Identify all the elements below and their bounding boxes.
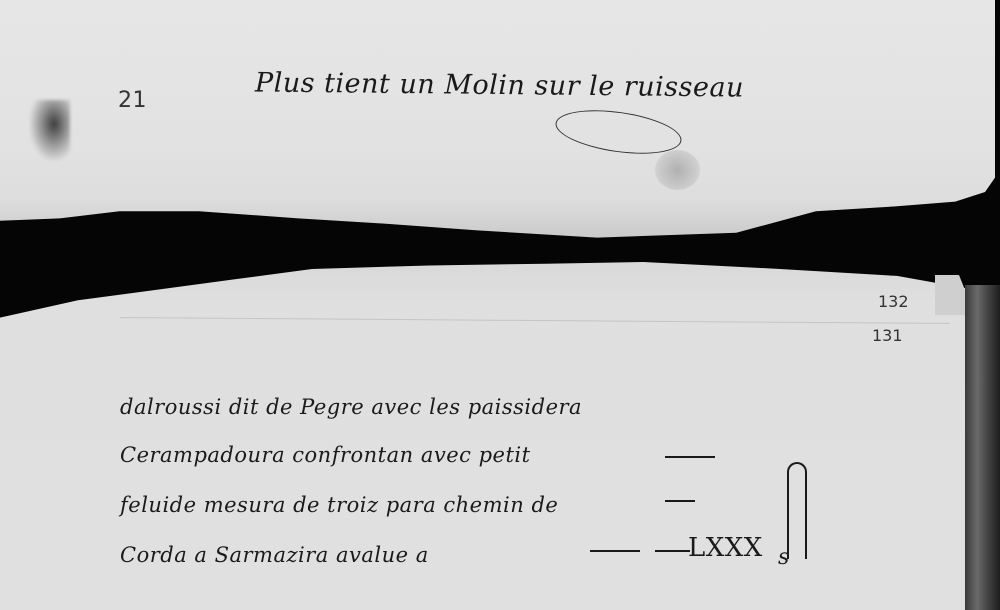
text-line-1: dalroussi dit de Pegre avec les paisside… [120, 395, 582, 419]
folio-number-current: 131 [872, 326, 903, 345]
heading-text: Plus tient un Molin sur le ruisseau [255, 67, 744, 103]
margin-number: 21 [118, 88, 147, 113]
book-spine [965, 285, 1000, 610]
leaf-edge-shadow [0, 200, 995, 240]
text-line-3: feluide mesura de troiz para chemin de [120, 493, 558, 517]
ink-stain [30, 100, 70, 160]
valuation-suffix: s [778, 545, 790, 570]
folio-number-old: 132 [878, 292, 909, 311]
text-line-4: Corda a Sarmazira avalue a [120, 543, 429, 567]
water-stain [655, 150, 700, 190]
manuscript-scan: 21 Plus tient un Molin sur le ruisseau 1… [0, 0, 1000, 610]
line-filler-dash [655, 550, 690, 552]
line-filler-dash [590, 550, 640, 552]
valuation-numeral: LXXX [688, 533, 763, 563]
sum-bracket [787, 462, 807, 559]
text-line-2: Cerampadoura confrontan avec petit [120, 443, 531, 467]
line-filler-dash [665, 456, 715, 458]
upper-leaf [0, 0, 995, 240]
line-filler-dash [665, 500, 695, 502]
